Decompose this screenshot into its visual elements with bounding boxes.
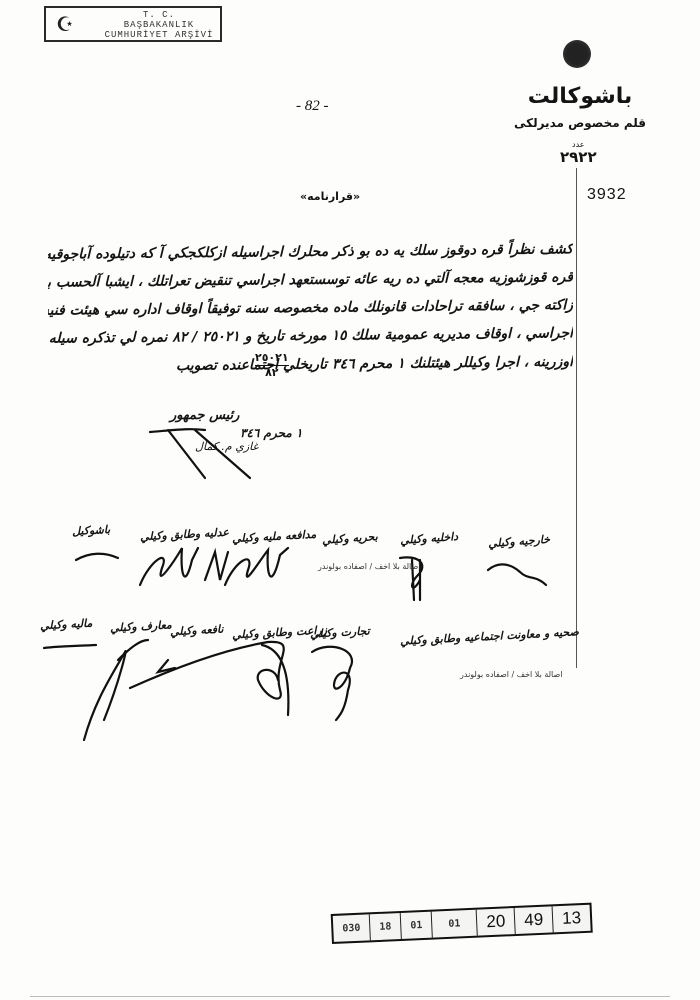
margin-rule	[576, 168, 577, 668]
minister-title-justice: عدليه وطابق وكيلي	[140, 526, 229, 544]
ref-cell-handwritten: 13	[553, 905, 591, 933]
minister-title-public-works: نافعه وكيلي	[170, 623, 224, 639]
archive-stamp: ☪ T. C. BAŞBAKANLIK CUMHURİYET ARŞİVİ	[44, 6, 222, 42]
ref-cell-handwritten: 49	[515, 906, 554, 934]
president-title: رئيس جمهور	[170, 408, 239, 423]
archive-reference-strip: 030 18 01 01 20 49 13	[331, 903, 593, 944]
minister-note-navy: اصالة بلا اخف / اصفاده بولوندر	[318, 562, 421, 571]
minister-title-defense: مدافعه مليه وكيلي	[232, 528, 317, 545]
stamp-line-1: T. C.	[98, 10, 220, 20]
ref-cell: 01	[432, 910, 478, 938]
fraction-numerator: ٢٥٠٢١	[255, 352, 289, 364]
document-title: «قرارنامه»	[300, 190, 360, 203]
registration-number: ٢٩٢٢	[560, 148, 597, 166]
archive-stamp-text: T. C. BAŞBAKANLIK CUMHURİYET ARŞİVİ	[98, 10, 220, 40]
minister-title-navy: بحريه وكيلي	[322, 530, 378, 547]
president-name: غازي م. كمال	[195, 440, 258, 453]
minister-title-health: صحيه و معاونت اجتماعيه وطابق وكيلي	[400, 625, 579, 647]
minister-note-health: اصالة بلا اخف / اصفاده بولوندر	[460, 670, 563, 679]
minister-title-education: معارف وكيلي	[110, 618, 172, 634]
body-line: اوزرينه ، اجرا وكيللر هيئتلنك ١ محرم ٣٤٦…	[173, 348, 573, 380]
minister-title-prime-minister: باشوكيل	[72, 523, 111, 538]
fraction-denominator: ٨٢	[255, 367, 289, 379]
document-body: كشف نظراً قره دوقوز سلك يه ده بو ذكر محل…	[48, 238, 573, 378]
ref-cell: 030	[333, 914, 371, 942]
scan-edge	[30, 996, 670, 997]
stamp-line-2: BAŞBAKANLIK	[98, 20, 220, 30]
handwritten-number: 3932	[587, 186, 627, 204]
letterhead-subtitle: قلم مخصوص مديرلكی	[510, 116, 650, 130]
minister-title-interior: داخليه وكيلي	[400, 530, 459, 547]
ref-cell-handwritten: 20	[477, 908, 516, 936]
date-fraction: ٢٥٠٢١ ٨٢	[255, 352, 289, 379]
seal-icon	[563, 40, 591, 68]
letterhead-title: باشوكالت	[520, 84, 640, 109]
minister-title-foreign: خارجيه وكيلي	[488, 533, 551, 550]
crescent-star-icon: ☪	[56, 14, 74, 34]
page-number: - 82 -	[296, 98, 329, 115]
ref-cell: 18	[370, 913, 402, 940]
stamp-line-3: CUMHURİYET ARŞİVİ	[98, 30, 220, 40]
ref-cell: 01	[401, 912, 433, 939]
minister-title-finance: ماليه وكيلي	[40, 617, 93, 633]
decree-date: ١ محرم ٣٤٦	[240, 426, 302, 440]
